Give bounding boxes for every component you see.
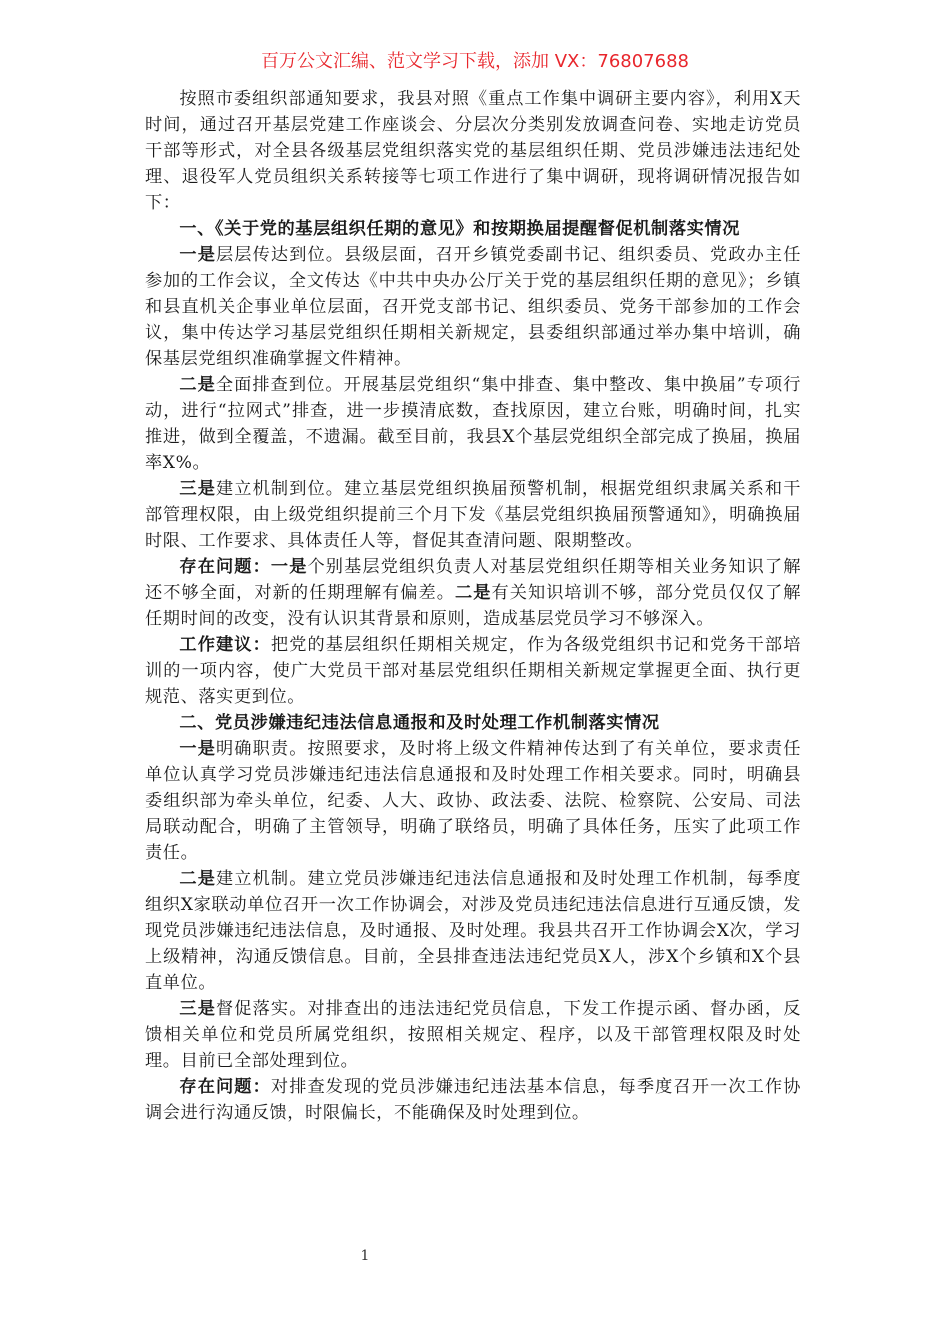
suggestion-label: 工作建议： [179, 635, 271, 655]
problem-lead-2: 二是 [455, 583, 491, 603]
problems-label: 存在问题： [179, 557, 271, 577]
section-2-point-3: 三是督促落实。对排查出的违法违纪党员信息，下发工作提示函、督办函，反馈相关单位和… [145, 996, 801, 1074]
point-lead: 二是 [179, 375, 216, 395]
section-1-heading: 一、《关于党的基层组织任期的意见》和按期换届提醒督促机制落实情况 [145, 216, 801, 242]
point-text: 明确职责。按照要求，及时将上级文件精神传达到了有关单位，要求责任单位认真学习党员… [145, 739, 801, 863]
point-text: 督促落实。对排查出的违法违纪党员信息，下发工作提示函、督办函，反馈相关单位和党员… [145, 999, 801, 1071]
page-number: 1 [0, 1248, 730, 1264]
point-lead: 三是 [179, 479, 216, 499]
section-1-point-3: 三是建立机制到位。建立基层党组织换届预警机制，根据党组织隶属关系和干部管理权限，… [145, 476, 801, 554]
problems-label: 存在问题： [179, 1077, 271, 1097]
point-text: 层层传达到位。县级层面，召开乡镇党委副书记、组织委员、党政办主任参加的工作会议，… [145, 245, 801, 369]
section-1-problems: 存在问题：一是个别基层党组织负责人对基层党组织任期等相关业务知识了解还不够全面，… [145, 554, 801, 632]
section-1-point-1: 一是层层传达到位。县级层面，召开乡镇党委副书记、组织委员、党政办主任参加的工作会… [145, 242, 801, 372]
point-lead: 一是 [179, 739, 216, 759]
section-2-point-2: 二是建立机制。建立党员涉嫌违纪违法信息通报和及时处理工作机制，每季度组织X家联动… [145, 866, 801, 996]
point-lead: 一是 [179, 245, 216, 265]
watermark-banner: 百万公文汇编、范文学习下载，添加 VX：76807688 [0, 47, 950, 73]
section-2-point-1: 一是明确职责。按照要求，及时将上级文件精神传达到了有关单位，要求责任单位认真学习… [145, 736, 801, 866]
section-1-point-2: 二是全面排查到位。开展基层党组织“集中排查、集中整改、集中换届”专项行动，进行“… [145, 372, 801, 476]
point-lead: 三是 [179, 999, 216, 1019]
point-lead: 二是 [179, 869, 216, 889]
point-text: 建立机制到位。建立基层党组织换届预警机制，根据党组织隶属关系和干部管理权限，由上… [145, 479, 801, 551]
point-text: 建立机制。建立党员涉嫌违纪违法信息通报和及时处理工作机制，每季度组织X家联动单位… [145, 869, 801, 993]
point-text: 全面排查到位。开展基层党组织“集中排查、集中整改、集中换届”专项行动，进行“拉网… [145, 375, 801, 473]
section-2-problems: 存在问题：对排查发现的党员涉嫌违纪违法基本信息，每季度召开一次工作协调会进行沟通… [145, 1074, 801, 1126]
problem-lead-1: 一是 [271, 557, 308, 577]
intro-paragraph: 按照市委组织部通知要求，我县对照《重点工作集中调研主要内容》，利用X天时间，通过… [145, 86, 801, 216]
document-body: 按照市委组织部通知要求，我县对照《重点工作集中调研主要内容》，利用X天时间，通过… [145, 86, 801, 1126]
section-1-suggestion: 工作建议：把党的基层组织任期相关规定，作为各级党组织书记和党务干部培训的一项内容… [145, 632, 801, 710]
section-2-heading: 二、党员涉嫌违纪违法信息通报和及时处理工作机制落实情况 [145, 710, 801, 736]
